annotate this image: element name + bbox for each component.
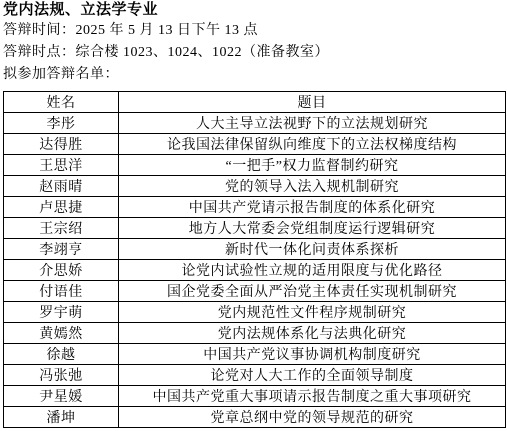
table-row: 达得胜 论我国法律保留纵向维度下的立法权梯度结构	[4, 134, 506, 155]
student-name: 李翊亨	[4, 239, 119, 260]
thesis-topic: 党内法规体系化与法典化研究	[119, 323, 506, 344]
student-name: 介思娇	[4, 260, 119, 281]
defense-roster-table: 姓名 题目 李彤 人大主导立法视野下的立法规划研究 达得胜 论我国法律保留纵向维…	[3, 91, 506, 428]
student-name: 李彤	[4, 113, 119, 134]
table-row: 卢思捷 中国共产党请示报告制度的体系化研究	[4, 197, 506, 218]
document: 党内法规、立法学专业 答辩时间：2025 年 5 月 13 日下午 13 点 答…	[0, 0, 507, 428]
table-body: 李彤 人大主导立法视野下的立法规划研究 达得胜 论我国法律保留纵向维度下的立法权…	[4, 113, 506, 428]
student-name: 尹星媛	[4, 386, 119, 407]
table-header-row: 姓名 题目	[4, 92, 506, 113]
name-column-header: 姓名	[4, 92, 119, 113]
table-row: 李彤 人大主导立法视野下的立法规划研究	[4, 113, 506, 134]
roster-intro-line: 拟参加答辩名单：	[3, 64, 505, 86]
thesis-topic: 论我国法律保留纵向维度下的立法权梯度结构	[119, 134, 506, 155]
table-row: 王宗绍 地方人大常委会党组制度运行逻辑研究	[4, 218, 506, 239]
thesis-topic: 中国共产党重大事项请示报告制度之重大事项研究	[119, 386, 506, 407]
table-row: 罗宇萌 党内规范性文件程序规制研究	[4, 302, 506, 323]
student-name: 罗宇萌	[4, 302, 119, 323]
student-name: 潘坤	[4, 407, 119, 428]
thesis-topic: 国企党委全面从严治党主体责任实现机制研究	[119, 281, 506, 302]
table-row: 尹星媛 中国共产党重大事项请示报告制度之重大事项研究	[4, 386, 506, 407]
student-name: 付语佳	[4, 281, 119, 302]
thesis-topic: 论党对人大工作的全面领导制度	[119, 365, 506, 386]
student-name: 冯张弛	[4, 365, 119, 386]
table-row: 冯张弛 论党对人大工作的全面领导制度	[4, 365, 506, 386]
student-name: 王思洋	[4, 155, 119, 176]
table-row: 徐越 中国共产党议事协调机构制度研究	[4, 344, 506, 365]
thesis-topic: 党章总纲中党的领导规范的研究	[119, 407, 506, 428]
topic-column-header: 题目	[119, 92, 506, 113]
thesis-topic: 中国共产党议事协调机构制度研究	[119, 344, 506, 365]
student-name: 达得胜	[4, 134, 119, 155]
thesis-topic: 中国共产党请示报告制度的体系化研究	[119, 197, 506, 218]
table-row: 赵雨晴 党的领导入法入规机制研究	[4, 176, 506, 197]
student-name: 赵雨晴	[4, 176, 119, 197]
table-row: 黄嫣然 党内法规体系化与法典化研究	[4, 323, 506, 344]
thesis-topic: 党内规范性文件程序规制研究	[119, 302, 506, 323]
thesis-topic: 新时代一体化问责体系探析	[119, 239, 506, 260]
student-name: 卢思捷	[4, 197, 119, 218]
student-name: 黄嫣然	[4, 323, 119, 344]
table-row: 潘坤 党章总纲中党的领导规范的研究	[4, 407, 506, 428]
defense-location-line: 答辩时点：综合楼 1023、1024、1022（准备教室）	[3, 42, 505, 64]
table-row: 王思洋 “一把手”权力监督制约研究	[4, 155, 506, 176]
student-name: 王宗绍	[4, 218, 119, 239]
thesis-topic: 论党内试验性立规的适用限度与优化路径	[119, 260, 506, 281]
table-row: 介思娇 论党内试验性立规的适用限度与优化路径	[4, 260, 506, 281]
thesis-topic: 党的领导入法入规机制研究	[119, 176, 506, 197]
defense-time-line: 答辩时间：2025 年 5 月 13 日下午 13 点	[3, 20, 505, 42]
student-name: 徐越	[4, 344, 119, 365]
thesis-topic: 人大主导立法视野下的立法规划研究	[119, 113, 506, 134]
thesis-topic: “一把手”权力监督制约研究	[119, 155, 506, 176]
table-row: 付语佳 国企党委全面从严治党主体责任实现机制研究	[4, 281, 506, 302]
page-title: 党内法规、立法学专业	[3, 1, 505, 20]
table-row: 李翊亨 新时代一体化问责体系探析	[4, 239, 506, 260]
thesis-topic: 地方人大常委会党组制度运行逻辑研究	[119, 218, 506, 239]
